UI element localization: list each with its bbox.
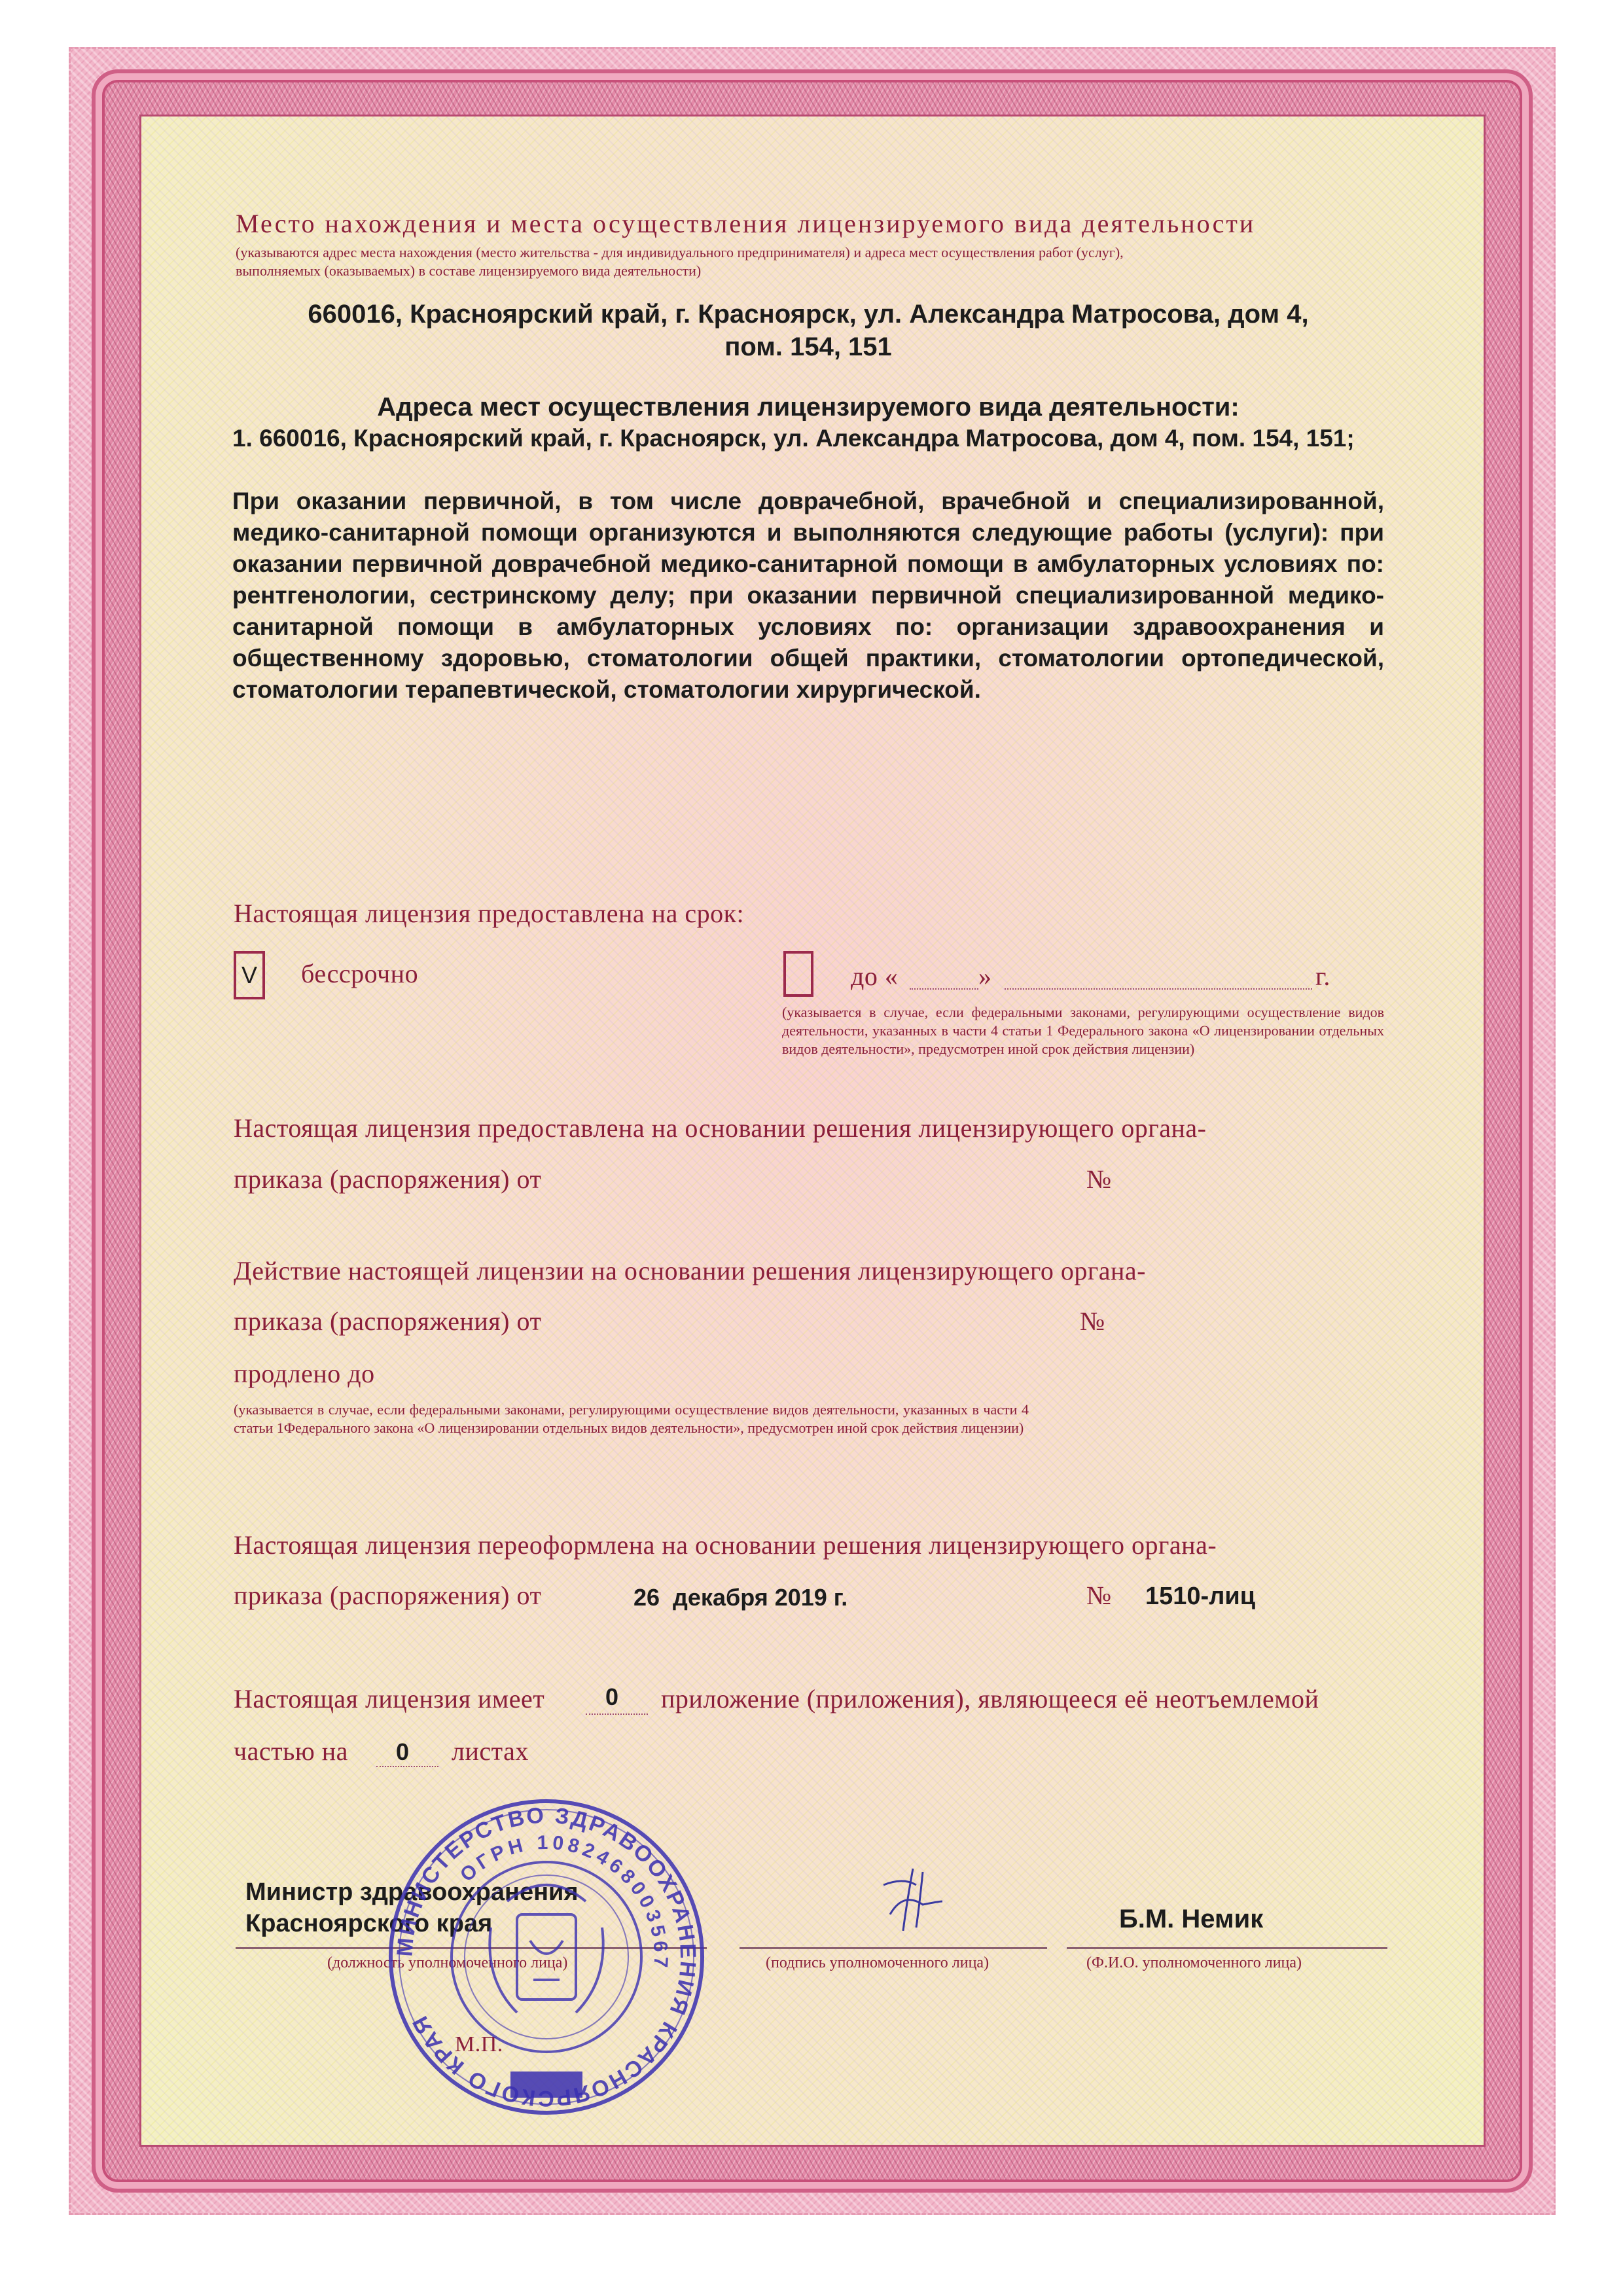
- until-suffix: г.: [1315, 961, 1330, 992]
- reissue-label-line2: приказа (распоряжения) от: [234, 1580, 541, 1611]
- appendix-count-field: [586, 1713, 648, 1715]
- appendix-line2-after: листах: [452, 1736, 529, 1767]
- name-caption: (Ф.И.О. уполномоченного лица): [1086, 1954, 1302, 1972]
- signature-icon: [877, 1865, 955, 1937]
- name-line: [1067, 1947, 1387, 1949]
- appendix-line2-before: частью на: [234, 1736, 348, 1767]
- activity-addresses-heading: Адреса мест осуществления лицензируемого…: [232, 393, 1384, 422]
- until-day-field[interactable]: [910, 988, 978, 990]
- term-label: Настоящая лицензия предоставлена на срок…: [234, 898, 744, 929]
- section-caption-line1: (указываются адрес места нахождения (мес…: [236, 243, 1124, 262]
- services-text: При оказании первичной, в том числе довр…: [232, 486, 1384, 706]
- extension-caption: (указывается в случае, если федеральными…: [234, 1401, 1029, 1437]
- until-caption: (указывается в случае, если федеральными…: [782, 1003, 1384, 1058]
- unlimited-label: бессрочно: [301, 958, 418, 989]
- reissue-date: 26 декабря 2019 г.: [633, 1584, 847, 1611]
- section-caption-line2: выполняемых (оказываемых) в составе лице…: [236, 262, 701, 280]
- until-prefix: до «: [851, 961, 898, 992]
- extension-label-line2: приказа (распоряжения) от: [234, 1306, 541, 1336]
- basis-label-line1: Настоящая лицензия предоставлена на осно…: [234, 1113, 1206, 1143]
- signature-line: [740, 1947, 1047, 1949]
- extended-until-label: продлено до: [234, 1358, 375, 1389]
- coat-of-arms-icon: [490, 1885, 603, 2013]
- section-heading: Место нахождения и места осуществления л…: [236, 208, 1255, 239]
- main-address-line2: пом. 154, 151: [232, 332, 1384, 362]
- main-address-line1: 660016, Красноярский край, г. Красноярск…: [232, 300, 1384, 329]
- reissue-label-line1: Настоящая лицензия переоформлена на осно…: [234, 1530, 1217, 1560]
- appendix-sheets: 0: [396, 1738, 409, 1766]
- signature-caption: (подпись уполномоченного лица): [766, 1954, 989, 1972]
- signatory-name: Б.М. Немик: [1119, 1905, 1263, 1934]
- activity-address-1: 1. 660016, Красноярский край, г. Красноя…: [232, 423, 1384, 454]
- extension-number-sign: №: [1080, 1306, 1105, 1336]
- appendix-count: 0: [605, 1683, 618, 1711]
- appendix-text-before: Настоящая лицензия имеет: [234, 1683, 544, 1714]
- appendix-sheets-field: [376, 1766, 438, 1767]
- official-seal-icon: МИНИСТЕРСТВО ЗДРАВООХРАНЕНИЯ КРАСНОЯРСКО…: [386, 1797, 707, 2117]
- checkbox-mark: V: [241, 961, 257, 989]
- reissue-number-sign: №: [1086, 1580, 1112, 1611]
- extension-label-line1: Действие настоящей лицензии на основании…: [234, 1255, 1146, 1286]
- until-checkbox[interactable]: [783, 951, 813, 997]
- reissue-number: 1510-лиц: [1145, 1583, 1255, 1611]
- until-quote-close: »: [978, 961, 992, 992]
- until-month-year-field[interactable]: [1005, 988, 1312, 990]
- basis-label-line2: приказа (распоряжения) от: [234, 1164, 541, 1194]
- basis-number-sign: №: [1086, 1164, 1112, 1194]
- unlimited-checkbox[interactable]: V: [234, 951, 265, 999]
- appendix-text-after: приложение (приложения), являющееся её н…: [661, 1683, 1319, 1714]
